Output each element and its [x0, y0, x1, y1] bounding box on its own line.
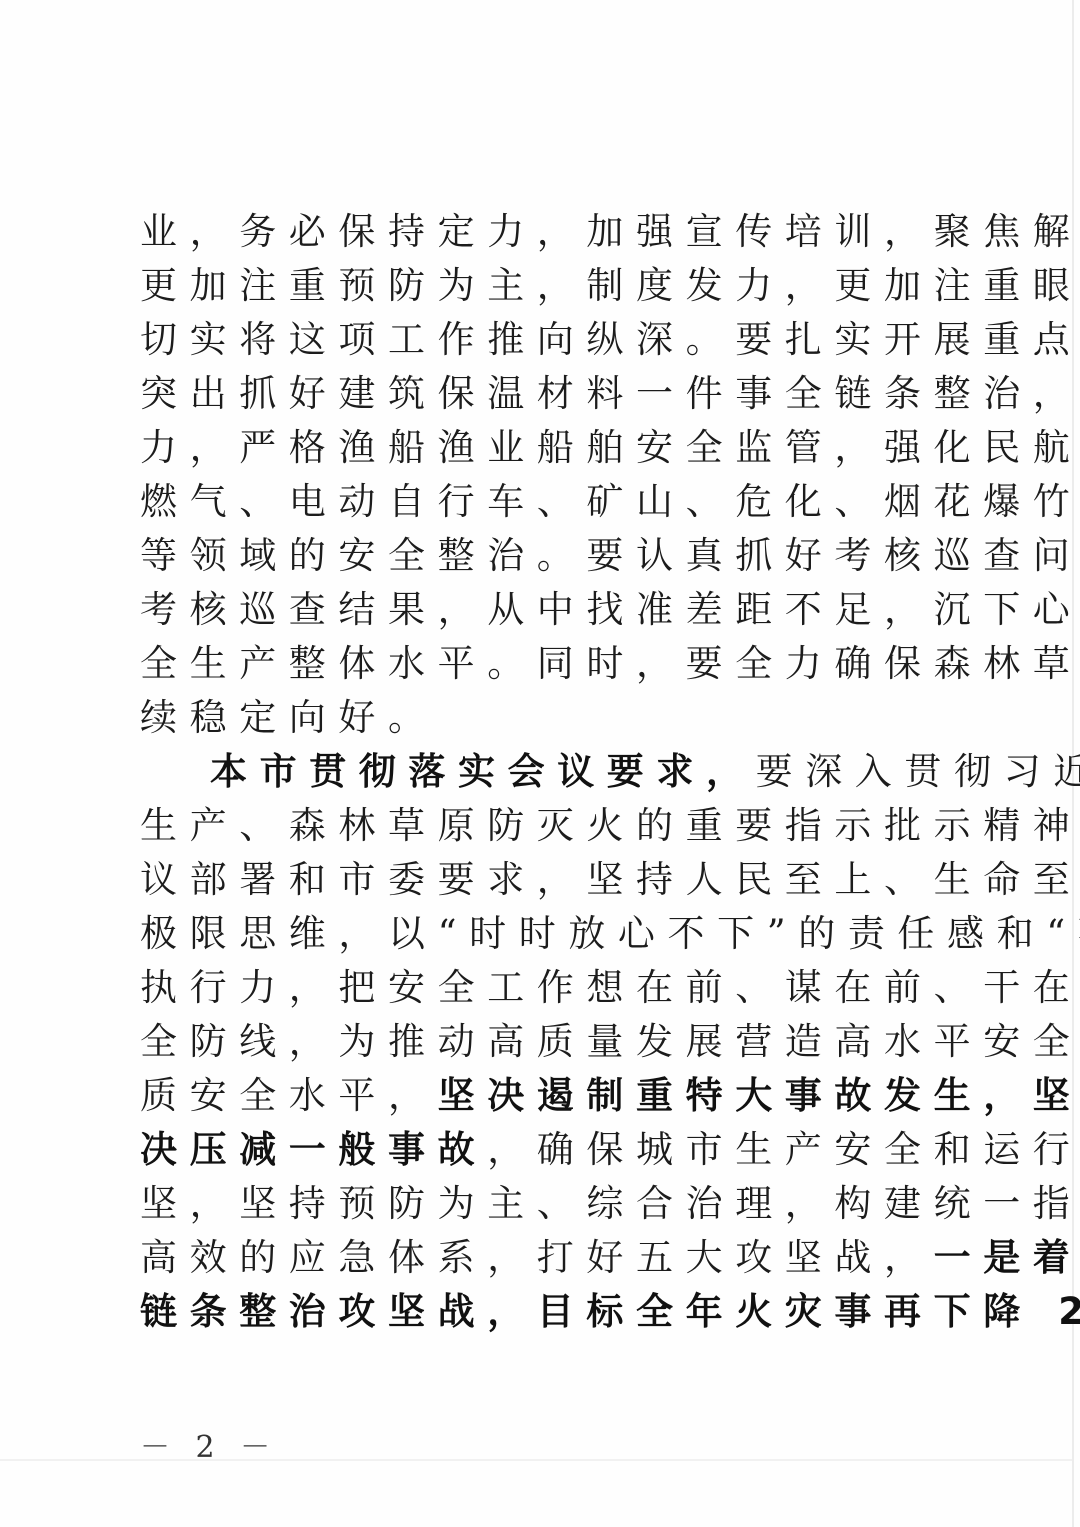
text-segment: 力，严格渔船渔业船舶安全监管，强化民航安全监管，巩固深化 — [140, 426, 1080, 469]
text-segment: 质安全水平， — [140, 1074, 438, 1117]
text-line: 续稳定向好。 — [140, 691, 970, 745]
text-line: 全生产整体水平。同时，要全力确保森林草原火灾防御和形势持 — [140, 637, 970, 691]
text-line: 执行力，把安全工作想在前、谋在前、干在前，坚决守牢城市安 — [140, 961, 970, 1015]
text-segment: 高效的应急体系，打好五大攻坚战， — [140, 1236, 934, 1279]
text-segment: 全防线，为推动高质量发展营造高水平安全环境。进一步提升本 — [140, 1020, 1080, 1063]
text-segment: 全生产整体水平。同时，要全力确保森林草原火灾防御和形势持 — [140, 642, 1080, 685]
text-line: 议部署和市委要求，坚持人民至上、生命至上，坚持底线思维、 — [140, 853, 970, 907]
text-segment: 要深入贯彻习近平总书记关于安全 — [756, 750, 1080, 793]
text-segment: 考核巡查结果，从中找准差距不足，沉下心来解决问题，提升安 — [140, 588, 1080, 631]
text-line: 高效的应急体系，打好五大攻坚战，一是着力打好电动自行车全 — [140, 1231, 970, 1285]
text-line: 更加注重预防为主，制度发力，更加注重眼睛向下，社会参与， — [140, 259, 970, 313]
text-segment: ，确保城市生产安全和运行安全。要深化重点攻 — [487, 1128, 1080, 1171]
text-line: 坚，坚持预防为主、综合治理，构建统一指挥、权责一致、权威 — [140, 1177, 970, 1231]
text-line: 生产、森林草原防灭火的重要指示批示精神，按照国务院视频会 — [140, 799, 970, 853]
bold-text-segment: 链条整治攻坚战，目标全年火灾事再下降 20%；二是着力打好城 — [140, 1290, 1080, 1333]
text-line: 燃气、电动自行车、矿山、危化、烟花爆竹、畅通消防生命通道 — [140, 475, 970, 529]
text-segment: 更加注重预防为主，制度发力，更加注重眼睛向下，社会参与， — [140, 264, 1080, 307]
text-segment: 生产、森林草原防灭火的重要指示批示精神，按照国务院视频会 — [140, 804, 1080, 847]
bold-text-segment: 一是着力打好电动自行车全 — [934, 1236, 1080, 1279]
page-number: － 2 － — [140, 1422, 278, 1466]
paragraph: 业，务必保持定力，加强宣传培训，聚焦解决深层次的矛盾问题，更加注重预防为主，制度… — [140, 205, 970, 745]
bold-text-segment: 坚决遏制重特大事故发生，坚决防止较大事故，坚 — [438, 1074, 1080, 1117]
text-segment: 切实将这项工作推向纵深。要扎实开展重点行业领域的安全整治， — [140, 318, 1080, 361]
paragraph: 本市贯彻落实会议要求，要深入贯彻习近平总书记关于安全生产、森林草原防灭火的重要指… — [140, 745, 970, 1339]
text-line: 等领域的安全整治。要认真抓好考核巡查问题的整改，切实用好 — [140, 529, 970, 583]
text-line: 业，务必保持定力，加强宣传培训，聚焦解决深层次的矛盾问题， — [140, 205, 970, 259]
text-line: 切实将这项工作推向纵深。要扎实开展重点行业领域的安全整治， — [140, 313, 970, 367]
text-segment: 业，务必保持定力，加强宣传培训，聚焦解决深层次的矛盾问题， — [140, 210, 1080, 253]
text-segment: 等领域的安全整治。要认真抓好考核巡查问题的整改，切实用好 — [140, 534, 1080, 577]
text-segment: 燃气、电动自行车、矿山、危化、烟花爆竹、畅通消防生命通道 — [140, 480, 1080, 523]
text-line: 全防线，为推动高质量发展营造高水平安全环境。进一步提升本 — [140, 1015, 970, 1069]
text-line: 力，严格渔船渔业船舶安全监管，强化民航安全监管，巩固深化 — [140, 421, 970, 475]
text-segment: 坚，坚持预防为主、综合治理，构建统一指挥、权责一致、权威 — [140, 1182, 1080, 1225]
text-line: 质安全水平，坚决遏制重特大事故发生，坚决防止较大事故，坚 — [140, 1069, 970, 1123]
text-line: 链条整治攻坚战，目标全年火灾事再下降 20%；二是着力打好城 — [140, 1285, 970, 1339]
text-segment: 执行力，把安全工作想在前、谋在前、干在前，坚决守牢城市安 — [140, 966, 1080, 1009]
text-segment: 议部署和市委要求，坚持人民至上、生命至上，坚持底线思维、 — [140, 858, 1080, 901]
bold-text-segment: 本市贯彻落实会议要求， — [210, 750, 756, 793]
text-line: 极限思维，以“时时放心不下”的责任感和“事事心中有底”的 — [140, 907, 970, 961]
text-line: 突出抓好建筑保温材料一件事全链条整治，着力提升基层消防能 — [140, 367, 970, 421]
document-page: 业，务必保持定力，加强宣传培训，聚焦解决深层次的矛盾问题，更加注重预防为主，制度… — [0, 0, 1080, 1527]
text-segment: 极限思维，以“时时放心不下”的责任感和“事事心中有底”的 — [140, 912, 1080, 955]
text-segment: 突出抓好建筑保温材料一件事全链条整治，着力提升基层消防能 — [140, 372, 1080, 415]
text-line: 考核巡查结果，从中找准差距不足，沉下心来解决问题，提升安 — [140, 583, 970, 637]
bold-text-segment: 决压减一般事故 — [140, 1128, 487, 1171]
text-line: 本市贯彻落实会议要求，要深入贯彻习近平总书记关于安全 — [136, 745, 970, 799]
text-segment: 续稳定向好。 — [140, 696, 438, 739]
document-body: 业，务必保持定力，加强宣传培训，聚焦解决深层次的矛盾问题，更加注重预防为主，制度… — [140, 205, 970, 1339]
text-line: 决压减一般事故，确保城市生产安全和运行安全。要深化重点攻 — [140, 1123, 970, 1177]
